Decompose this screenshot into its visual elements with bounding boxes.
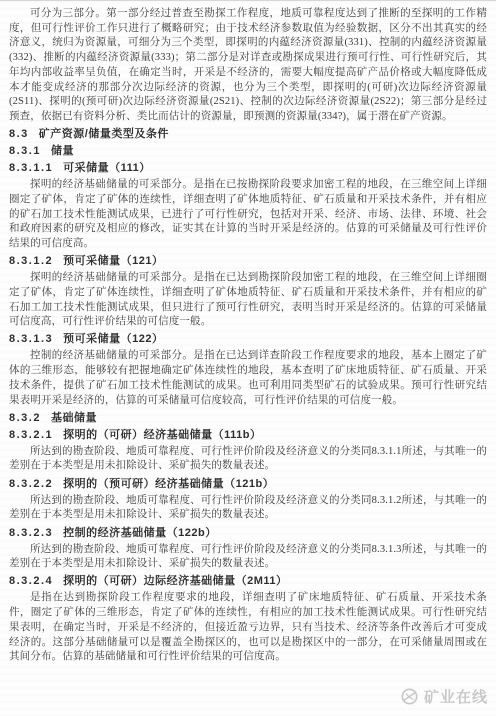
chapter-heading: 8.3 矿产资源/储量类型及条件	[9, 127, 487, 142]
entry-paragraph: 探明的经济基础储量的可采部分。是指在已按勘探阶段要求加密工程的地段，在三维空间上…	[9, 178, 487, 252]
entry-number: 8.3.1.2	[9, 254, 53, 269]
entry-heading: 8.3.2.4 探明的（可研）边际经济基础储量（2M11）	[9, 574, 487, 589]
document-page: 可分为三部分。第一部分经过普查至勘探工作程度，地质可靠程度达到了推断的至探明的工…	[0, 0, 496, 716]
entry-title: 可采储量（111）	[63, 161, 151, 176]
entry-title: 探明的（可研）边际经济基础储量（2M11）	[63, 574, 287, 589]
entry-heading: 8.3.2.3 控制的经济基础储量（122b）	[9, 526, 487, 541]
entry-number: 8.3.2.1	[9, 428, 53, 443]
entry-number: 8.3.1.1	[9, 161, 53, 176]
entry-heading: 8.3.1.2 预可采储量（121）	[9, 254, 487, 269]
entry-number: 8.3.2.3	[9, 526, 53, 541]
entry-paragraph: 所达到的勘查阶段、地质可靠程度、可行性评价阶段及经济意义的分类同8.3.1.1所…	[9, 445, 487, 474]
entry-paragraph: 控制的经济基础储量的可采部分。是指在已达到详查阶段工作程度要求的地段，基本上圈定…	[9, 349, 487, 408]
entry-title: 预可采储量（121）	[63, 254, 163, 269]
entry-paragraph: 是指在达到勘探阶段工作程度要求的地段，详细查明了矿床地质特征、矿石质量、开采技术…	[9, 591, 487, 665]
entry-title: 探明的（预可研）经济基础储量（121b）	[63, 477, 274, 492]
entry-paragraph: 探明的经济基础储量的可采部分。是指在已达到勘探阶段加密工程的地段，在三维空间上详…	[9, 271, 487, 330]
entry-title: 探明的（可研）经济基础储量（111b）	[63, 428, 261, 443]
entry-title: 控制的经济基础储量（122b）	[63, 526, 217, 541]
entry-paragraph: 所达到的勘查阶段、地质可靠程度、可行性评价阶段及经济意义的分类同8.3.1.2所…	[9, 494, 487, 523]
entry-title: 预可采储量（122）	[63, 332, 163, 347]
watermark-label: 矿业在线	[424, 686, 488, 707]
section-title: 基础储量	[51, 411, 97, 426]
entry-heading: 8.3.2.1 探明的（可研）经济基础储量（111b）	[9, 428, 487, 443]
intro-paragraph: 可分为三部分。第一部分经过普查至勘探工作程度，地质可靠程度达到了推断的至探明的工…	[9, 7, 487, 125]
entry-heading: 8.3.2.2 探明的（预可研）经济基础储量（121b）	[9, 477, 487, 492]
watermark: 矿业在线	[400, 686, 488, 707]
entry-paragraph: 所达到的勘查阶段、地质可靠程度、可行性评价阶段及经济意义的分类同8.3.1.3所…	[9, 543, 487, 572]
section-title: 储量	[51, 144, 74, 159]
section-number: 8.3.2	[9, 411, 41, 426]
entry-number: 8.3.2.4	[9, 574, 53, 589]
section-heading: 8.3.1 储量	[9, 144, 487, 159]
chapter-title: 矿产资源/储量类型及条件	[39, 127, 169, 142]
entry-number: 8.3.2.2	[9, 477, 53, 492]
entry-heading: 8.3.1.3 预可采储量（122）	[9, 332, 487, 347]
entry-number: 8.3.1.3	[9, 332, 53, 347]
section-number: 8.3.1	[9, 144, 41, 159]
entry-heading: 8.3.1.1 可采储量（111）	[9, 161, 487, 176]
section-heading: 8.3.2 基础储量	[9, 411, 487, 426]
chapter-number: 8.3	[9, 127, 29, 142]
mining-online-logo-icon	[400, 687, 419, 706]
